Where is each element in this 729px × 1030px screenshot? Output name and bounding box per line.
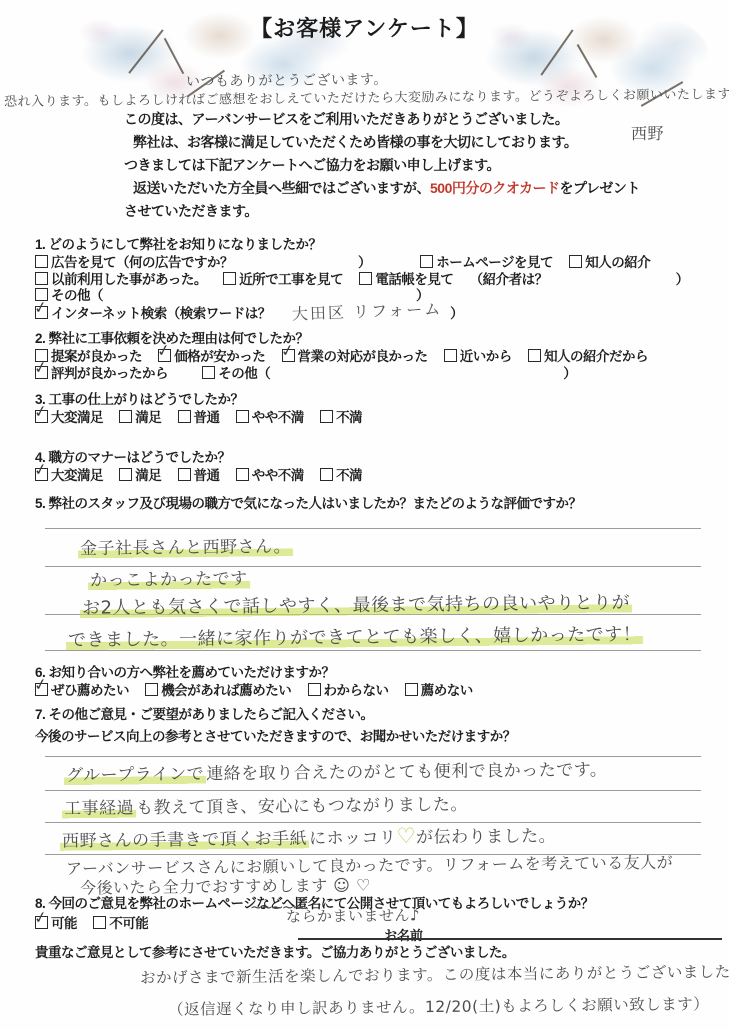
question-3-options: 大変満足 満足 普通 やや不満 不満 [35, 410, 725, 427]
question-1-title: 1. どのようにして弊社をお知りになりましたか？ [35, 233, 725, 253]
checkbox-saw-construction[interactable] [223, 272, 236, 285]
option-saw-construction: 近所で工事を見て [223, 272, 343, 287]
question-5-title: 5. 弊社のスタッフ及び現場の職方で気になった人はいましたか？またどのような評価… [35, 492, 725, 512]
q5-answer-line-3: お2人とも気さくで話しやすく、最後まで気持ちの良いやりとりが [80, 588, 632, 620]
heart-icon: ♡ [396, 824, 416, 849]
answer-rule-line [45, 528, 701, 529]
checkbox-somewhat-dissatisfied[interactable] [236, 468, 249, 481]
quo-card-offer: 500円分のクオカード [430, 180, 559, 196]
question-1-row-4: インターネット検索（検索ワードは？大田区 リフォーム） [35, 305, 725, 323]
checkbox-dissatisfied[interactable] [320, 410, 333, 423]
option-used-before: 以前利用した事があった。 [35, 272, 207, 287]
checkbox-publish-ok[interactable] [35, 916, 48, 929]
checkbox-neutral[interactable] [178, 468, 191, 481]
question-6: 6. お知り合いの方へ弊社を薦めていただけますか？ ぜひ薦めたい 機会があれば薦… [35, 661, 725, 700]
survey-page: 【お客様アンケート】 いつもありがとうございます。 恐れ入ります。もしよろしけれ… [0, 0, 729, 1030]
question-2-row-1: 提案が良かった 価格が安かった 営業の対応が良かった 近いから 知人の紹介だから [35, 349, 725, 366]
checkbox-referral[interactable] [528, 349, 541, 362]
q7-answer-line-3: 西野さんの手書きで頂くお手紙にホッコリ♡が伝わりました。 [60, 821, 556, 852]
option-publish-not-ok: 不可能 [93, 916, 148, 931]
handwritten-search-keywords: 大田区 リフォーム [292, 301, 443, 323]
option-dissatisfied: 不満 [320, 468, 362, 483]
option-acquaintance: 知人の紹介 [569, 255, 650, 270]
bottom-handwritten-line-2: （返信遅くなり申し訳ありません。12/20(土)もよろしくお願い致します） [168, 992, 709, 1020]
checkbox-phonebook[interactable] [359, 272, 372, 285]
checkbox-nearby[interactable] [444, 349, 457, 362]
q5-answer-line-4: できました。一緒に家作りができてとても楽しく、嬉しかったです！ [66, 620, 643, 652]
option-internet-search: インターネット検索（検索ワードは？ [35, 306, 271, 321]
footer-note: 貴重なご意見として参考にさせていただきます。ご協力ありがとうございました。 [35, 941, 515, 961]
name-field-line [298, 938, 722, 940]
question-6-options: ぜひ薦めたい 機会があれば薦めたい わからない 薦めない [35, 683, 725, 700]
option-phonebook: 電話帳を見て [359, 272, 453, 287]
option-wont-recommend: 薦めない [405, 683, 473, 698]
checkbox-recommend-if-chance[interactable] [145, 683, 158, 696]
question-4: 4. 職方のマナーはどうでしたか？ 大変満足 満足 普通 やや不満 不満 [35, 446, 725, 485]
checkbox-definitely-recommend[interactable] [35, 683, 48, 696]
question-3: 3. 工事の仕上がりはどうでしたか？ 大変満足 満足 普通 やや不満 不満 [35, 388, 725, 427]
question-7-subtitle: 今後のサービス向上の参考とさせていただきますので、お聞かせいただけますか？ [35, 725, 725, 745]
intro-line-4-post: をプレゼント [559, 180, 639, 196]
option-dont-know: わからない [308, 683, 389, 698]
checkbox-dissatisfied[interactable] [320, 468, 333, 481]
checkbox-somewhat-dissatisfied[interactable] [236, 410, 249, 423]
checkbox-neutral[interactable] [178, 410, 191, 423]
paren-close: ） [358, 255, 371, 270]
question-2-row-2: 評判が良かったから その他（） [35, 366, 725, 383]
referrer-label: （紹介者は？ [470, 272, 548, 287]
option-good-reputation: 評判が良かったから [35, 366, 168, 381]
intro-line-1: この度は、アーバンサービスをご利用いただきありがとうございました。 [124, 108, 640, 131]
page-title: 【お客様アンケート】 [0, 12, 729, 43]
option-other-reason: その他（ [202, 366, 270, 381]
checkbox-wont-recommend[interactable] [405, 683, 418, 696]
question-1-row-2: 以前利用した事があった。 近所で工事を見て 電話帳を見て （紹介者は？） [35, 272, 725, 289]
checkbox-dont-know[interactable] [308, 683, 321, 696]
branch-stroke [577, 44, 598, 78]
question-4-options: 大変満足 満足 普通 やや不満 不満 [35, 468, 725, 485]
q7-answer-line-2: 工事経過も教えて頂き、安心にもつながりました。 [62, 790, 468, 819]
question-5: 5. 弊社のスタッフ及び現場の職方で気になった人はいましたか？またどのような評価… [35, 492, 725, 514]
option-somewhat-dissatisfied: やや不満 [236, 410, 304, 425]
checkbox-satisfied[interactable] [119, 410, 132, 423]
option-neutral: 普通 [178, 468, 220, 483]
checkbox-satisfied[interactable] [119, 468, 132, 481]
checkbox-internet-search[interactable] [35, 306, 48, 319]
checkbox-publish-not-ok[interactable] [93, 916, 106, 929]
checkbox-other-reason[interactable] [202, 366, 215, 379]
question-4-title: 4. 職方のマナーはどうでしたか？ [35, 446, 725, 466]
question-2: 2. 弊社に工事依頼を決めた理由は何でしたか？ 提案が良かった 価格が安かった … [35, 327, 725, 382]
checkbox-homepage[interactable] [420, 255, 433, 268]
option-definitely-recommend: ぜひ薦めたい [35, 683, 129, 698]
question-7-title: 7. その他ご意見・ご要望がありましたらご記入ください。 [35, 703, 725, 723]
option-recommend-if-chance: 機会があれば薦めたい [145, 683, 291, 698]
paren-close: ） [563, 366, 576, 381]
checkbox-acquaintance[interactable] [569, 255, 582, 268]
question-7: 7. その他ご意見・ご要望がありましたらご記入ください。 今後のサービス向上の参… [35, 703, 725, 745]
question-1: 1. どのようにして弊社をお知りになりましたか？ 広告を見て（何の広告ですか？）… [35, 233, 725, 322]
intro-line-3: つきましては下記アンケートへご協力をお願い申し上げます。 [124, 154, 640, 177]
intro-line-4-pre: 返送いただいた方全員へ些細ではございますが、 [133, 180, 430, 196]
paren-close: ） [676, 272, 689, 287]
checkbox-good-sales[interactable] [282, 349, 295, 362]
checkbox-very-satisfied[interactable] [35, 410, 48, 423]
option-publish-ok: 可能 [35, 916, 77, 931]
intro-line-5: させていただきます。 [124, 200, 640, 223]
intro-line-4: 返送いただいた方全員へ些細ではございますが、500円分のクオカードをプレゼント [124, 177, 640, 200]
option-satisfied: 満足 [119, 468, 161, 483]
q7-answer-line-1: グループラインで連絡を取り合えたのがとても便利で良かったです。 [64, 755, 608, 786]
q5-answer-line-1: 金子社長さんと西野さん。 [78, 532, 293, 559]
option-good-sales: 営業の対応が良かった [282, 349, 428, 364]
option-very-satisfied: 大変満足 [35, 468, 103, 483]
handwritten-publish-note: ならかまいません♪ [286, 904, 420, 926]
checkbox-cheap-price[interactable] [158, 349, 171, 362]
checkbox-used-before[interactable] [35, 272, 48, 285]
question-1-row-1: 広告を見て（何の広告ですか？） ホームページを見て 知人の紹介 [35, 255, 725, 272]
question-2-title: 2. 弊社に工事依頼を決めた理由は何でしたか？ [35, 327, 725, 347]
checkbox-very-satisfied[interactable] [35, 468, 48, 481]
checkbox-ad[interactable] [35, 255, 48, 268]
paren-close: ） [450, 306, 463, 321]
option-neutral: 普通 [178, 410, 220, 425]
question-3-title: 3. 工事の仕上がりはどうでしたか？ [35, 388, 725, 408]
option-referral: 知人の紹介だから [528, 349, 648, 364]
question-6-title: 6. お知り合いの方へ弊社を薦めていただけますか？ [35, 661, 725, 681]
bottom-handwritten-line-1: おかげさまで新生活を楽しんでおります。この度は本当にありがとうございました [140, 960, 729, 988]
option-good-proposal: 提案が良かった [35, 349, 142, 364]
option-ad: 広告を見て（何の広告ですか？ [35, 255, 233, 270]
option-cheap-price: 価格が安かった [158, 349, 265, 364]
intro-paragraph: この度は、アーバンサービスをご利用いただきありがとうございました。 弊社は、お客… [124, 108, 640, 223]
checkbox-good-reputation[interactable] [35, 366, 48, 379]
option-homepage: ホームページを見て [420, 255, 553, 270]
option-nearby: 近いから [444, 349, 512, 364]
option-dissatisfied: 不満 [320, 410, 362, 425]
option-very-satisfied: 大変満足 [35, 410, 103, 425]
intro-line-2: 弊社は、お客様に満足していただくため皆様の事を大切にしております。 [124, 131, 640, 154]
option-satisfied: 満足 [119, 410, 161, 425]
option-somewhat-dissatisfied: やや不満 [236, 468, 304, 483]
branch-stroke [164, 38, 185, 74]
q5-answer-line-2: かっこよかったです [88, 564, 250, 591]
